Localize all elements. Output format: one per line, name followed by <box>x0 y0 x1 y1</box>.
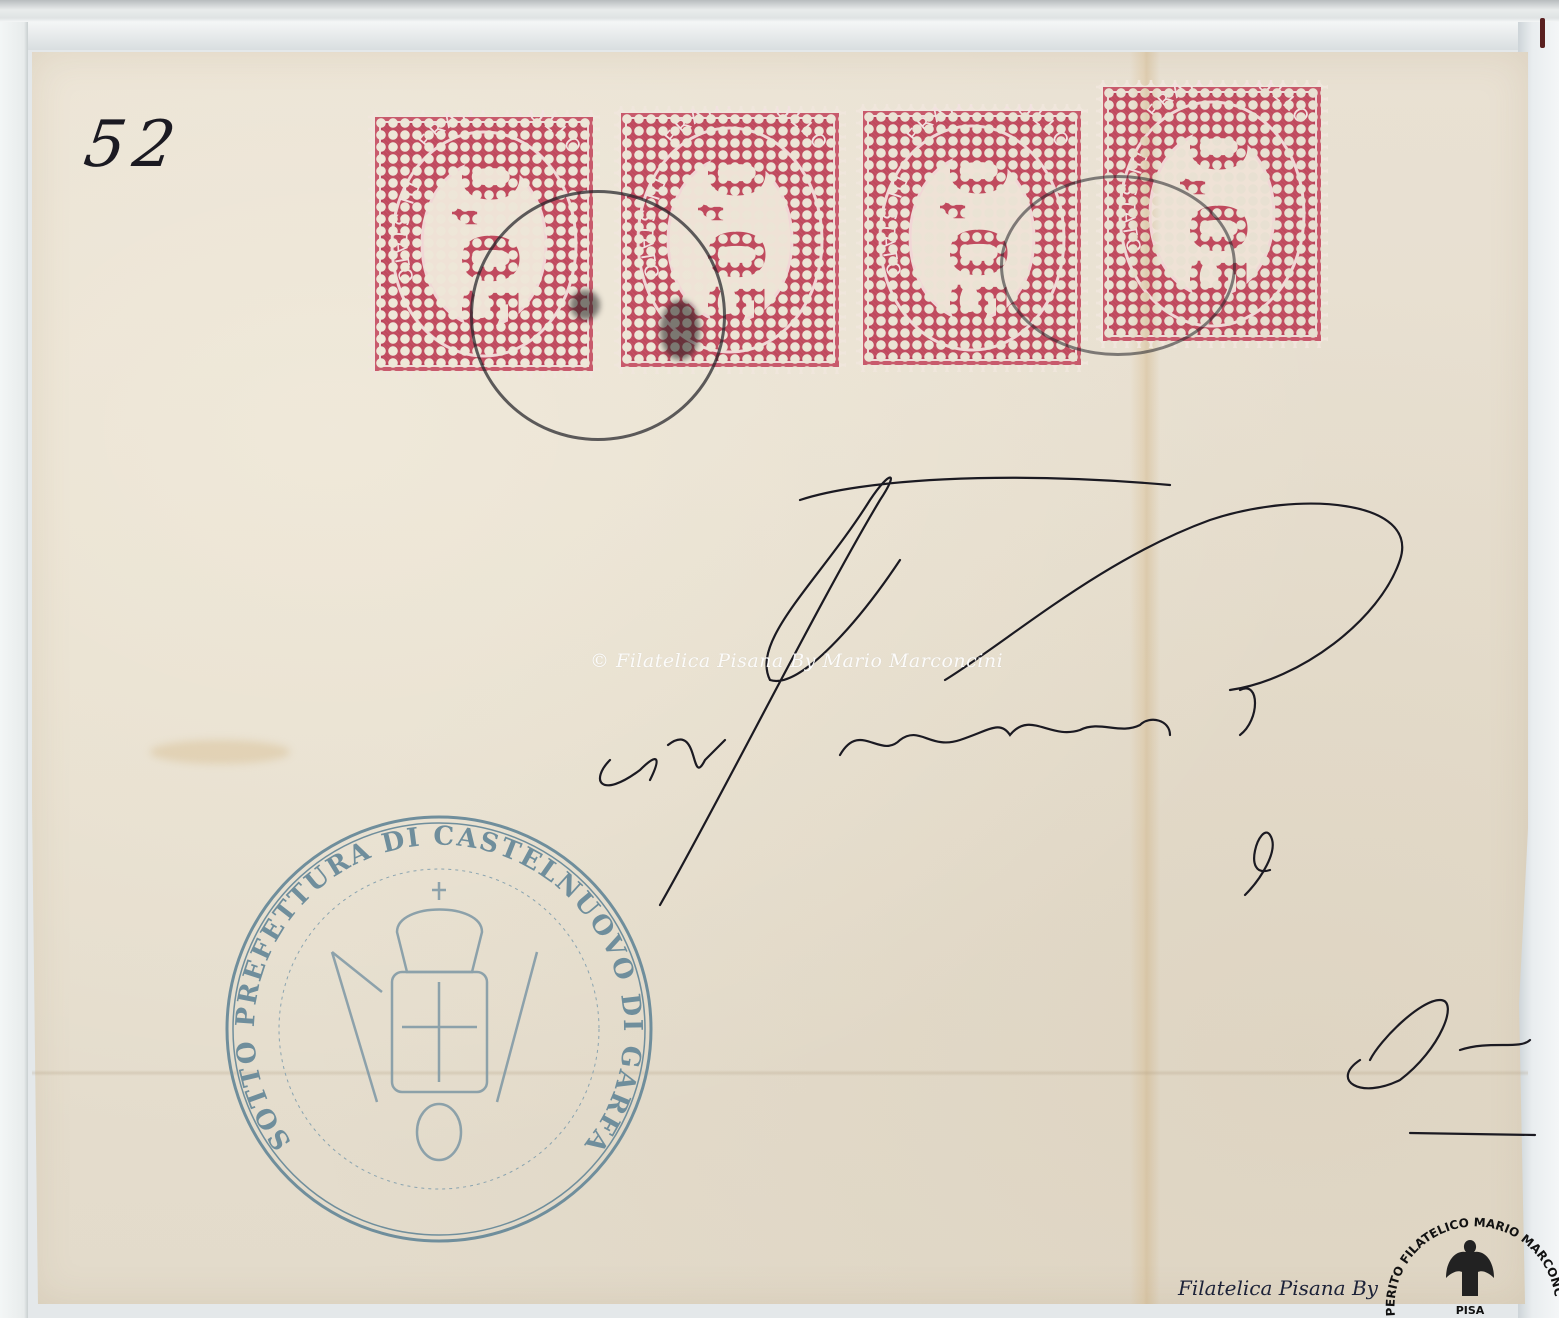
inventory-number: 52 <box>80 108 188 182</box>
album-sleeve-left <box>0 22 28 1318</box>
coat-of-arms-icon <box>332 882 537 1160</box>
paper-stain <box>150 740 290 764</box>
eagle-icon <box>1446 1240 1494 1296</box>
svg-text:SOTTO PREFETTURA DI CASTELNUOV: SOTTO PREFETTURA DI CASTELNUOVO DI GARFA… <box>222 812 647 1160</box>
svg-text:DI STATO: DI STATO <box>876 172 911 283</box>
sleeve-mark <box>1540 18 1545 48</box>
expert-certification-stamp: PERITO FILATELICO MARIO MARCONCINI PISA <box>1380 1188 1559 1318</box>
cancel-ink-blot <box>570 290 600 320</box>
album-sleeve-top <box>0 0 1559 50</box>
svg-text:PISA: PISA <box>1456 1304 1485 1317</box>
postmark-cancel <box>1000 175 1236 356</box>
cancel-ink-blot <box>660 300 700 360</box>
copyright-watermark: © Filatelica Pisana By Mario Marconcini <box>590 650 1003 672</box>
svg-text:DI STATO: DI STATO <box>388 178 423 289</box>
dealer-signature: Filatelica Pisana By <box>1178 1276 1378 1300</box>
official-seal: SOTTO PREFETTURA DI CASTELNUOVO DI GARFA… <box>222 812 656 1246</box>
